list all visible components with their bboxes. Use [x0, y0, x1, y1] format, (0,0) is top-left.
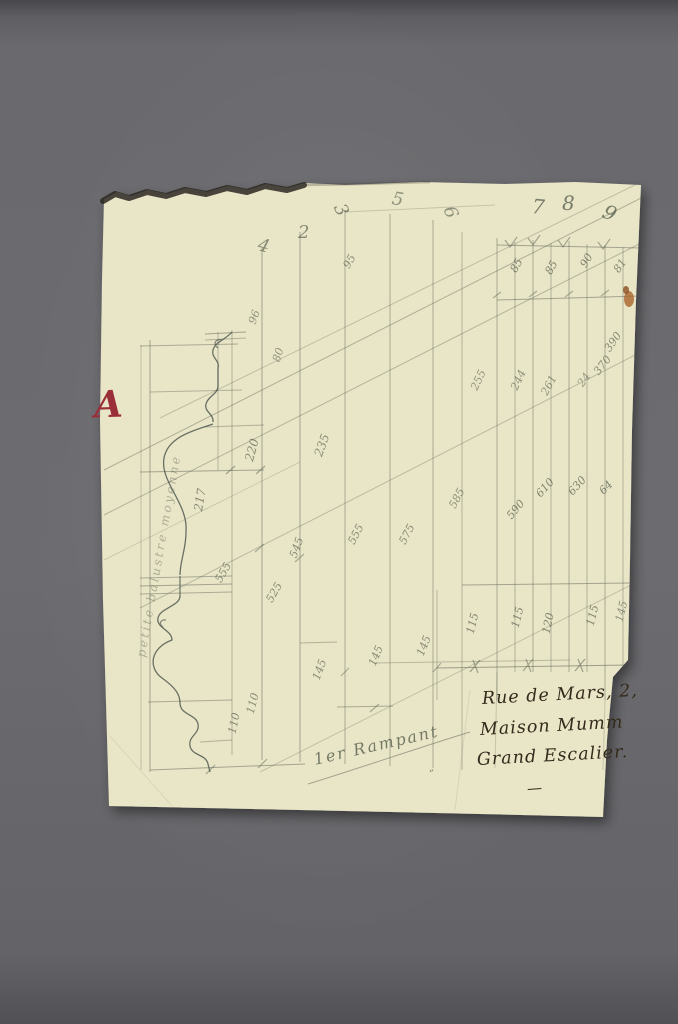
measurement-label: 244 — [509, 368, 528, 392]
measurement-label: 81 — [611, 257, 628, 275]
measurement-label: 585 — [447, 486, 467, 510]
measurement-label: 217 — [192, 487, 208, 512]
measurement-label: 90 — [578, 252, 595, 270]
photograph-stage: A petite balustre moyenne 1er Rampant ″ … — [0, 0, 678, 1024]
measurement-label: 115 — [465, 612, 481, 635]
measurement-label: 390 — [602, 330, 623, 354]
measurement-label: 5 — [390, 190, 404, 210]
measurement-label: 555 — [346, 522, 366, 546]
measurement-layer: 4235678995858590819680255244261243703902… — [0, 0, 678, 1024]
measurement-label: 3 — [330, 201, 351, 219]
measurement-label: 8 — [562, 193, 575, 213]
measurement-label: 261 — [539, 373, 559, 397]
measurement-label: 64 — [597, 479, 615, 497]
measurement-label: 555 — [213, 561, 233, 585]
measurement-label: 370 — [592, 354, 614, 377]
measurement-label: 545 — [288, 536, 306, 559]
measurement-label: 145 — [367, 644, 385, 668]
measurement-label: 145 — [614, 600, 630, 623]
measurement-label: 80 — [271, 346, 286, 363]
measurement-label: 2 — [298, 224, 309, 242]
measurement-label: 145 — [415, 634, 433, 658]
measurement-label: 6 — [440, 204, 461, 221]
measurement-label: 9 — [600, 201, 620, 225]
measurement-label: 4 — [256, 236, 272, 256]
measurement-label: 525 — [264, 581, 284, 605]
measurement-label: 24 — [575, 371, 592, 389]
measurement-label: 590 — [505, 498, 527, 521]
measurement-label: 610 — [534, 476, 556, 499]
measurement-label: 220 — [243, 437, 261, 462]
measurement-label: 630 — [566, 474, 588, 497]
measurement-label: 85 — [543, 259, 560, 277]
measurement-label: 145 — [311, 658, 329, 681]
measurement-label: 85 — [508, 257, 525, 275]
measurement-label: 115 — [585, 604, 601, 627]
measurement-label: 120 — [541, 612, 556, 635]
measurement-label: 110 — [245, 692, 261, 715]
measurement-label: 95 — [341, 253, 358, 271]
annotation-layer: A petite balustre moyenne 1er Rampant ″ … — [0, 0, 678, 1024]
measurement-label: 575 — [397, 522, 417, 546]
measurement-label: 255 — [469, 368, 488, 392]
measurement-label: 115 — [510, 606, 526, 629]
measurement-label: 235 — [312, 432, 331, 458]
measurement-label: 7 — [531, 196, 545, 217]
measurement-label: 96 — [247, 308, 262, 325]
measurement-label: 110 — [227, 712, 242, 735]
